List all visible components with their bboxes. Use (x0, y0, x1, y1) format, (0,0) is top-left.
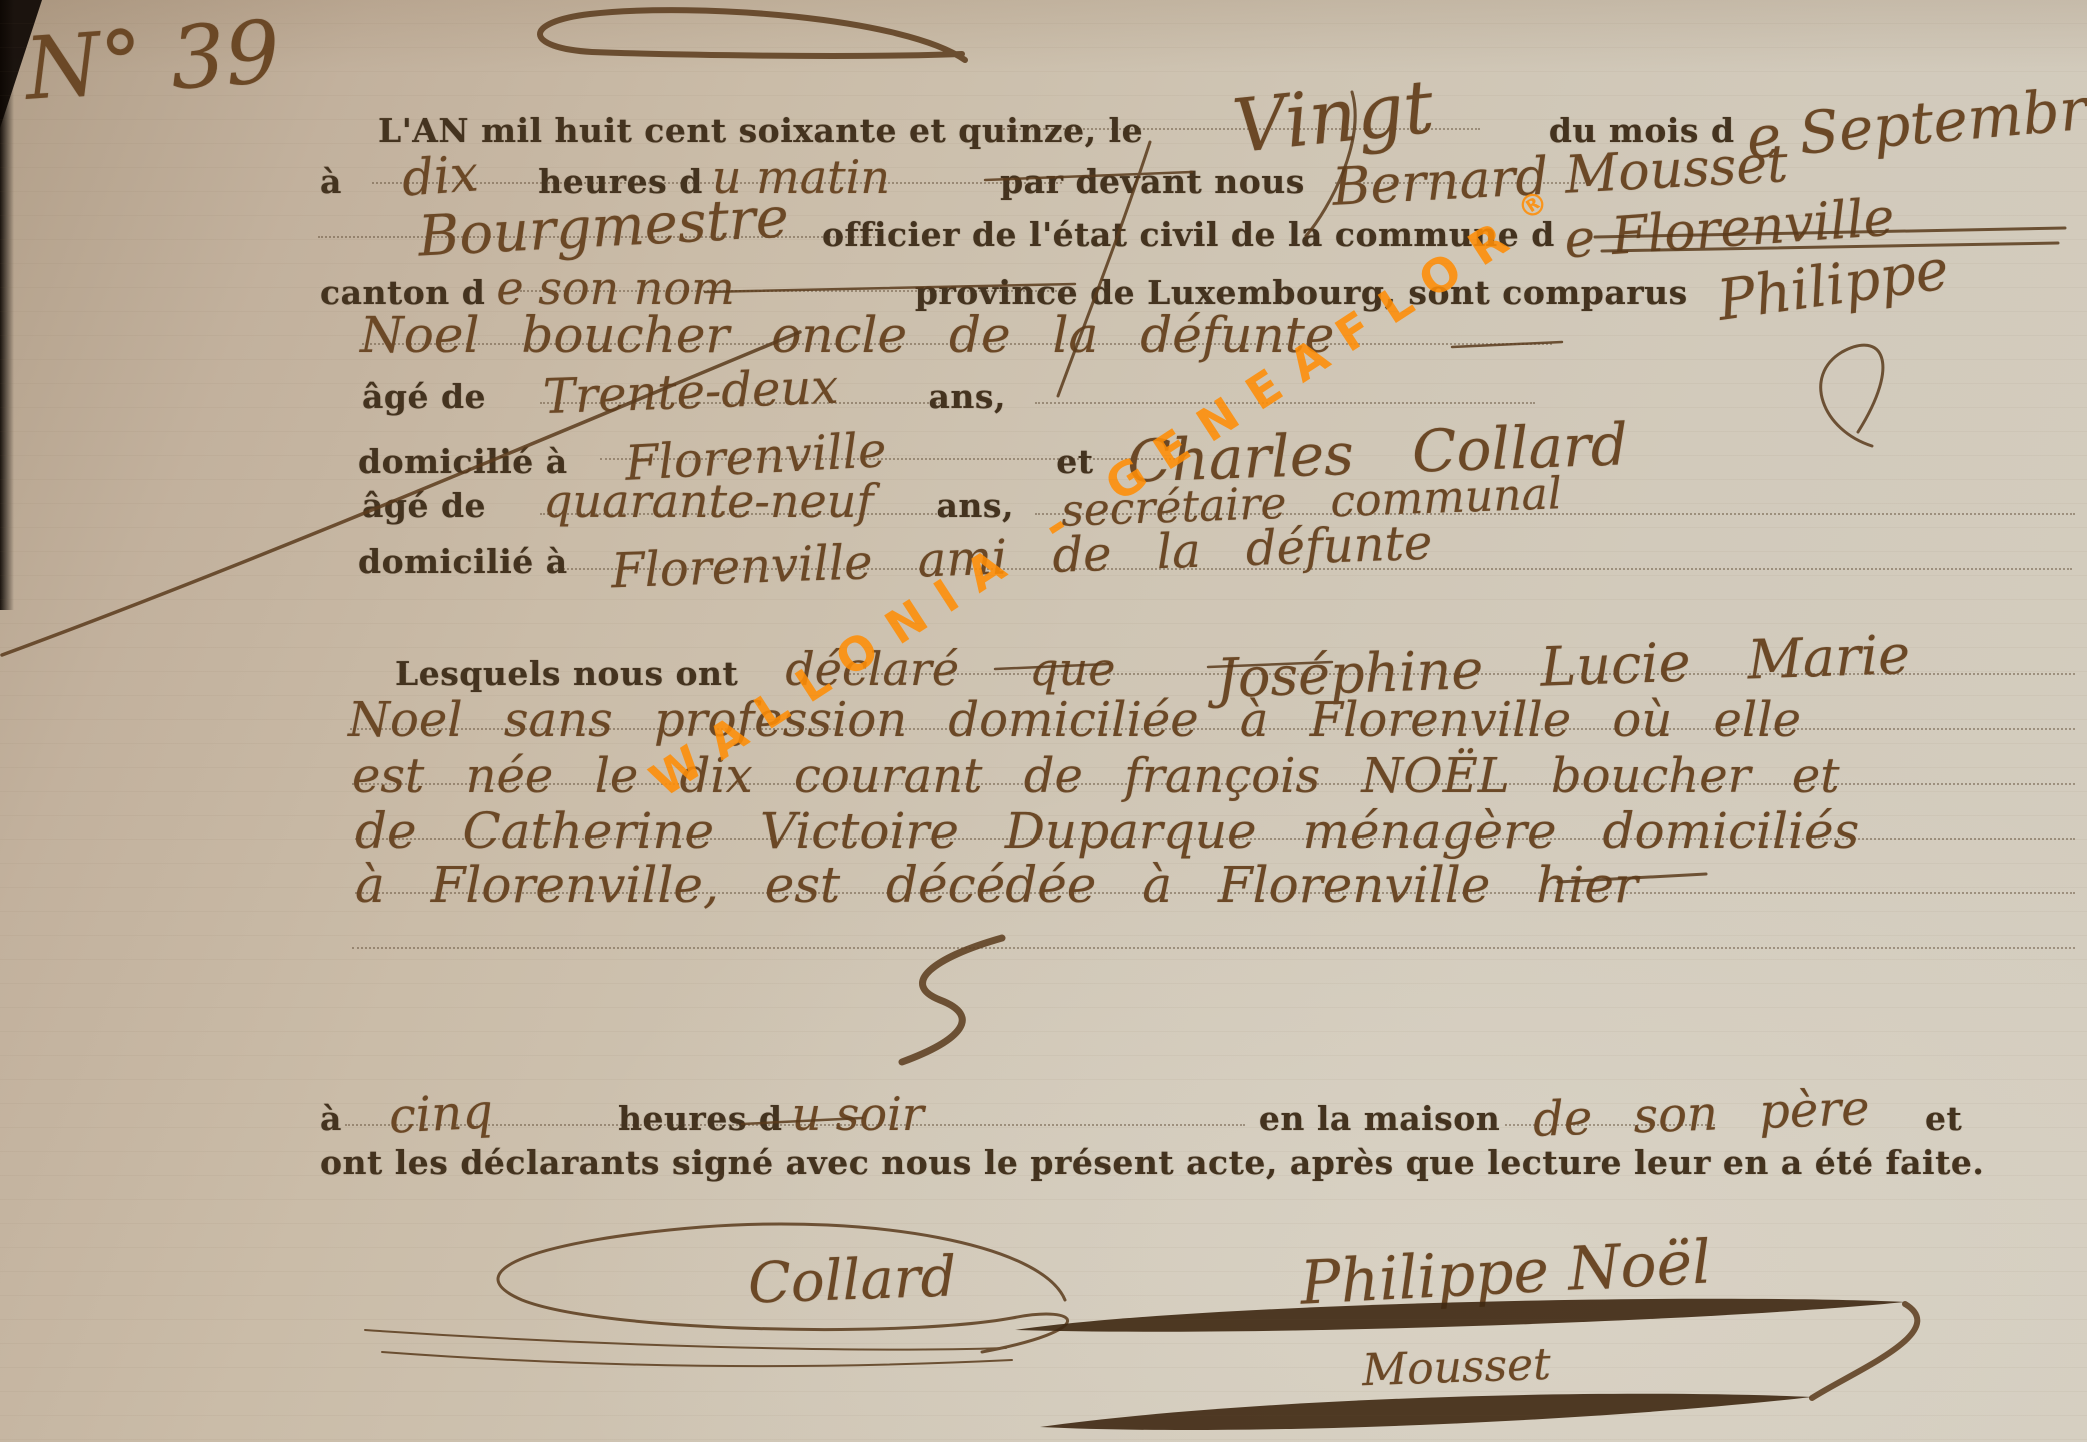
death-record-scan: N° 39 L'AN mil huit cent soixante et qui… (0, 0, 2087, 1442)
hand-death-place-date: à Florenville, est décédée à Florenville… (355, 860, 1638, 910)
form-dotted-line (352, 947, 2075, 949)
line-witness1-age: âgé de Trente-deux ans, (362, 368, 1006, 416)
hand-month: e Septembre (1744, 77, 2087, 168)
hand-mother: de Catherine Victoire Duparque ménagère … (355, 806, 1859, 856)
printed-at: à (320, 1102, 342, 1135)
printed-declaration-clause: Lesquels nous ont (395, 657, 738, 690)
hand-hour: dix (400, 148, 480, 203)
hand-canton: e son nom (496, 265, 734, 311)
printed-aged: âgé de (362, 380, 486, 413)
printed-year-clause: L'AN mil huit cent soixante et quinze, l… (378, 114, 1143, 147)
printed-aged: âgé de (362, 489, 486, 522)
hand-birth-and-father: est née le dix courant de françois NOËL … (352, 752, 1840, 800)
line-officer-title-commune: Bourgmestre officier de l'état civil de … (418, 200, 1894, 256)
hand-witness1-age: Trente-deux (542, 363, 839, 421)
line-birth-father: est née le dix courant de françois NOËL … (352, 752, 1840, 800)
hand-witness2-age: quarante-neuf (543, 478, 873, 524)
signature-officer: Mousset (1362, 1342, 1551, 1393)
signature-witness1: Philippe Noël (1300, 1238, 1711, 1308)
printed-and: et (1925, 1102, 1962, 1135)
hand-witness1-relation: Noel boucher oncle de la défunte (360, 310, 1334, 360)
line-closing-clause: ont les déclarants signé avec nous le pr… (320, 1146, 1984, 1179)
signature-witness2: Collard (748, 1248, 956, 1313)
printed-years: ans, (937, 489, 1014, 522)
printed-years: ans, (929, 380, 1006, 413)
scan-edge-shadow (0, 0, 14, 610)
line-declaration-opening: Lesquels nous ont déclaré que Joséphine … (395, 640, 1910, 694)
printed-closing-clause: ont les déclarants signé avec nous le pr… (320, 1146, 1984, 1179)
line-deceased-surname: Noel sans profession domiciliée à Floren… (348, 696, 1801, 744)
printed-in-the-house: en la maison (1259, 1102, 1500, 1135)
printed-domiciled: domicilié à (358, 445, 568, 478)
line-hour-officer: à dix heures d u matin par devant nous B… (320, 150, 1788, 202)
line-year-day-month: L'AN mil huit cent soixante et quinze, l… (378, 80, 2087, 154)
line-witness1-relation: Noel boucher oncle de la défunte (360, 310, 1334, 360)
printed-before-us: par devant nous (1000, 165, 1305, 198)
line-witness2-domicile: domicilié à Florenville ami de la défunt… (358, 533, 1432, 581)
line-mother: de Catherine Victoire Duparque ménagère … (355, 806, 1859, 856)
act-number: N° 39 (25, 18, 280, 104)
hand-that: que (1029, 646, 1115, 692)
hand-evening: u soir (792, 1091, 924, 1137)
line-death-place: à Florenville, est décédée à Florenville… (355, 860, 1638, 910)
printed-province-clause: province de Luxembourg, sont comparus (915, 276, 1688, 309)
printed-at: à (320, 165, 342, 198)
signature-witness1-text: Philippe Noël (1298, 1227, 1712, 1318)
hand-death-hour: cinq (388, 1087, 494, 1140)
hand-deceased-surname-profession: Noel sans profession domiciliée à Floren… (348, 696, 1801, 744)
act-number-text: N° 39 (22, 9, 282, 113)
printed-domiciled: domicilié à (358, 545, 568, 578)
printed-canton: canton d (320, 276, 485, 309)
hand-officer-title: Bourgmestre (417, 190, 790, 265)
line-death-hour: à cinq heures d u soir en la maison de s… (320, 1090, 1962, 1138)
signature-witness2-text: Collard (747, 1244, 958, 1316)
hand-house-of: de son père (1533, 1084, 1871, 1144)
printed-hours: heures d (618, 1102, 783, 1135)
signature-officer-text: Mousset (1361, 1339, 1551, 1397)
